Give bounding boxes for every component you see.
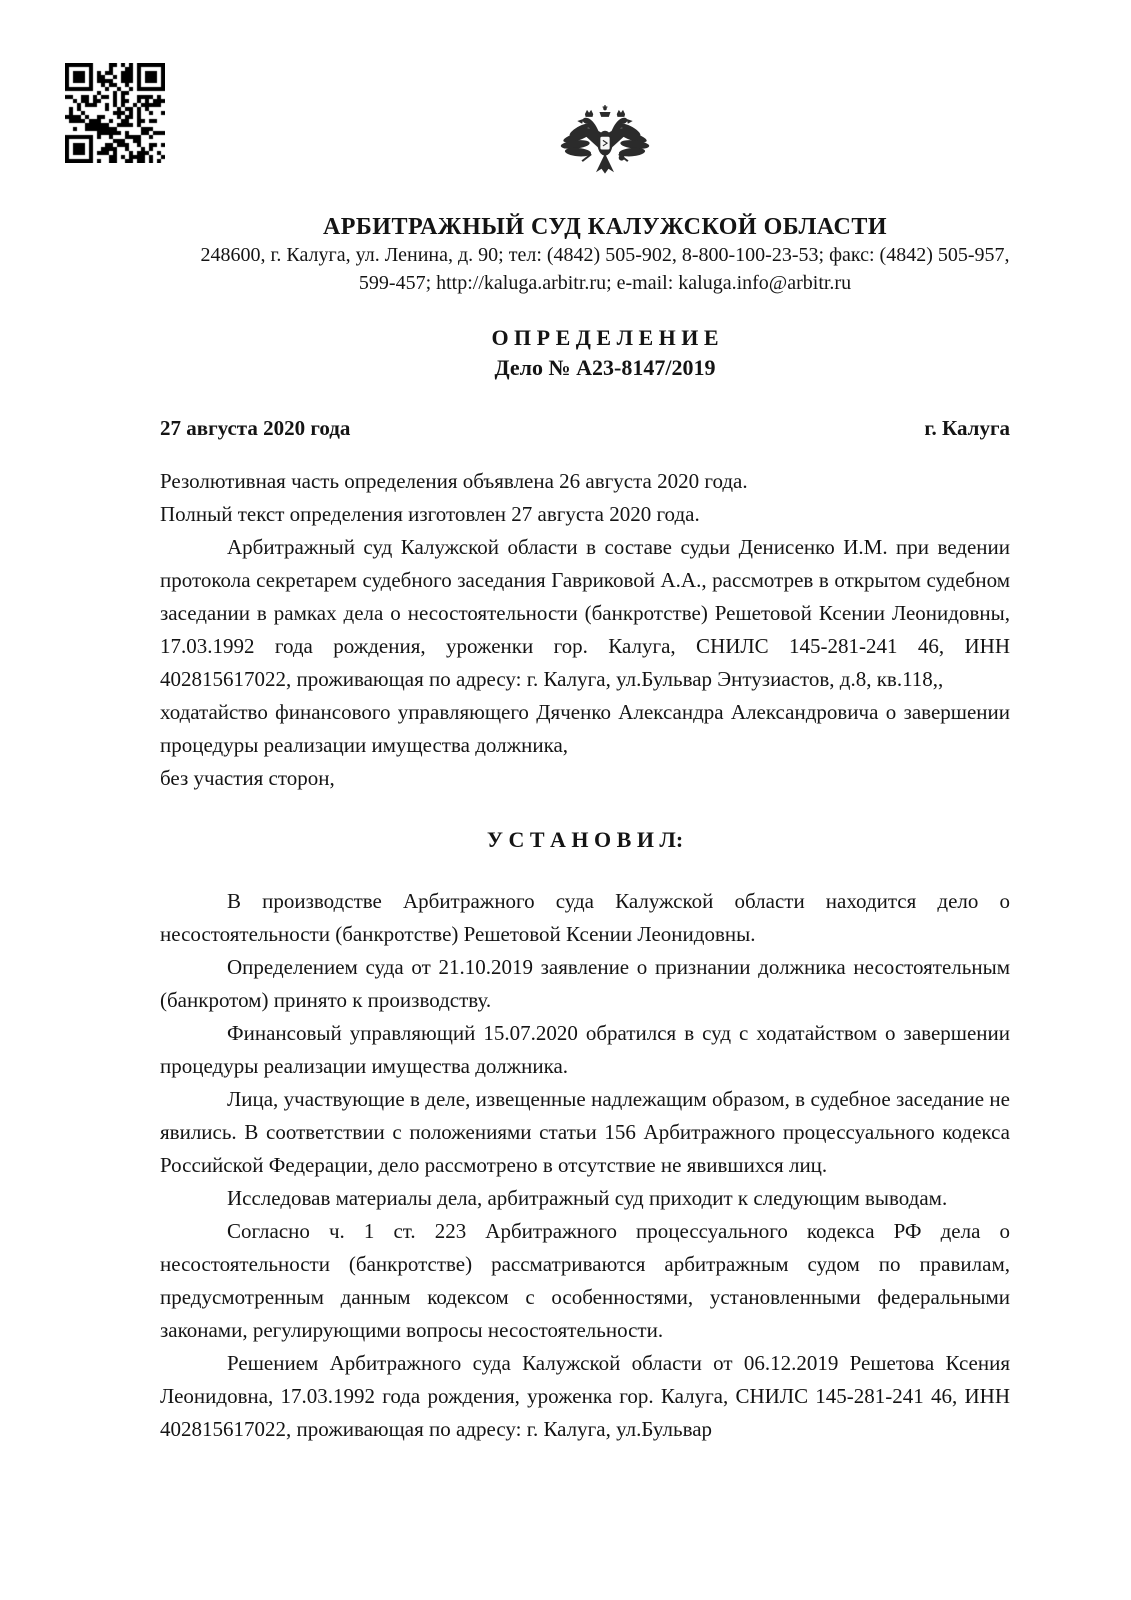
- court-composition-paragraph: Арбитражный суд Калужской области в сост…: [160, 531, 1010, 696]
- resolutive-part-line: Резолютивная часть определения объявлена…: [160, 465, 1010, 498]
- announcement-block: Резолютивная часть определения объявлена…: [160, 465, 1010, 531]
- court-ruling-document-page: АРБИТРАЖНЫЙ СУД КАЛУЖСКОЙ ОБЛАСТИ 248600…: [0, 0, 1131, 1600]
- document-header: АРБИТРАЖНЫЙ СУД КАЛУЖСКОЙ ОБЛАСТИ 248600…: [160, 105, 1050, 383]
- body-paragraph: Решением Арбитражного суда Калужской обл…: [160, 1347, 1010, 1446]
- body-paragraph: Исследовав материалы дела, арбитражный с…: [160, 1182, 1010, 1215]
- ruling-date: 27 августа 2020 года: [160, 415, 350, 441]
- court-address-line-2: 599-457; http://kaluga.arbitr.ru; e-mail…: [160, 269, 1050, 297]
- body-paragraph: Финансовый управляющий 15.07.2020 обрати…: [160, 1017, 1010, 1083]
- case-number: Дело № А23-8147/2019: [160, 353, 1050, 383]
- attendance-line: без участия сторон,: [160, 762, 1010, 795]
- court-name: АРБИТРАЖНЫЙ СУД КАЛУЖСКОЙ ОБЛАСТИ: [160, 213, 1050, 241]
- qr-code-icon: [65, 63, 165, 163]
- dateline: 27 августа 2020 года г. Калуга: [160, 415, 1010, 441]
- full-text-line: Полный текст определения изготовлен 27 а…: [160, 498, 1010, 531]
- findings-block: В производстве Арбитражного суда Калужск…: [160, 885, 1010, 1446]
- established-heading: У С Т А Н О В И Л:: [160, 825, 1010, 855]
- body-paragraph: Согласно ч. 1 ст. 223 Арбитражного проце…: [160, 1215, 1010, 1347]
- ruling-place: г. Калуга: [924, 415, 1010, 441]
- body-paragraph: Лица, участвующие в деле, извещенные над…: [160, 1083, 1010, 1182]
- document-type-title: О П Р Е Д Е Л Е Н И Е: [160, 323, 1050, 353]
- motion-paragraph: ходатайство финансового управляющего Дяч…: [160, 696, 1010, 762]
- document-body: Резолютивная часть определения объявлена…: [160, 465, 1010, 1446]
- coat-of-arms-icon: [560, 105, 650, 191]
- body-paragraph: Определением суда от 21.10.2019 заявлени…: [160, 951, 1010, 1017]
- body-paragraph: В производстве Арбитражного суда Калужск…: [160, 885, 1010, 951]
- court-address-line-1: 248600, г. Калуга, ул. Ленина, д. 90; те…: [160, 241, 1050, 269]
